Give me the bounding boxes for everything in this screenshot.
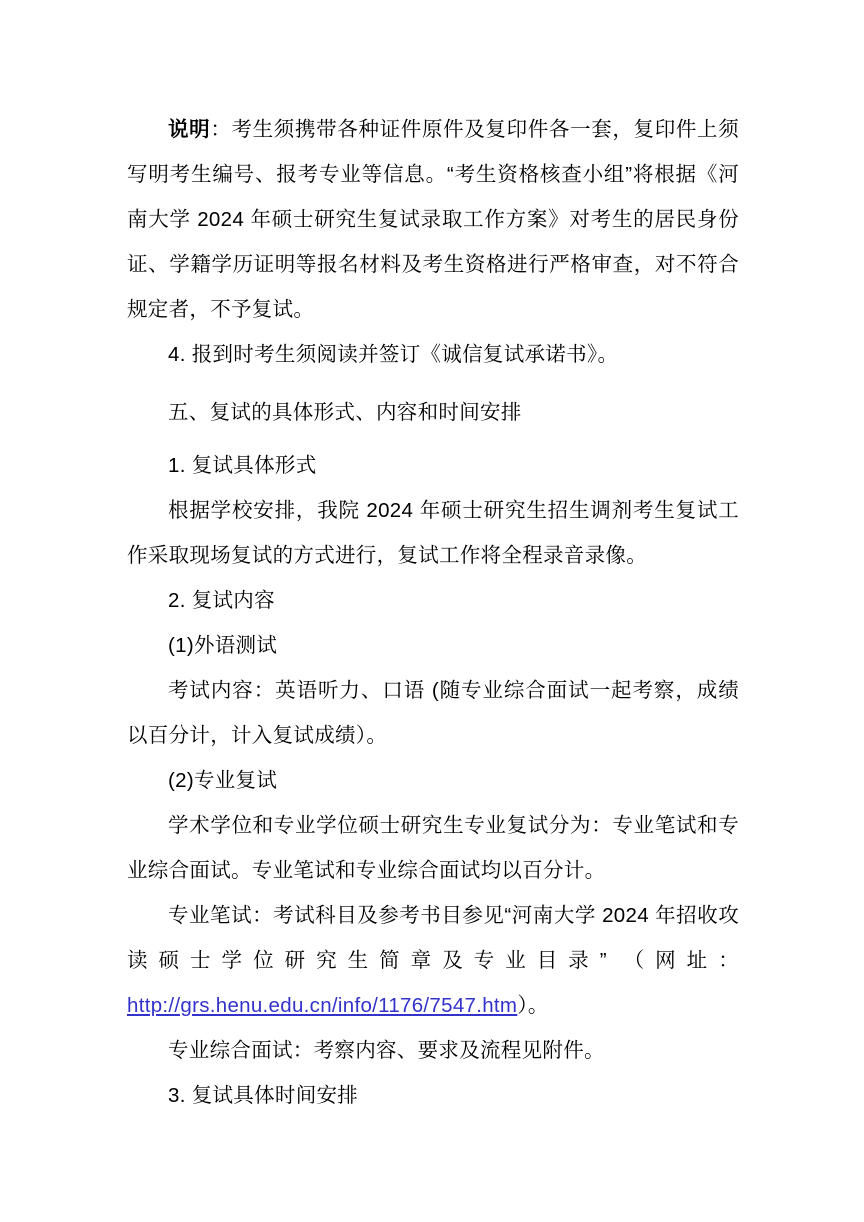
notes-text: ：考生须携带各种证件原件及复印件各一套，复印件上须写明考生编号、报考专业等信息。… <box>127 118 739 321</box>
paragraph-professional-retest: 学术学位和专业学位硕士研究生专业复试分为：专业笔试和专业综合面试。专业笔试和专业… <box>127 803 739 893</box>
paragraph-notes: 说明：考生须携带各种证件原件及复印件各一套，复印件上须写明考生编号、报考专业等信… <box>127 107 739 332</box>
paragraph-comprehensive-interview: 专业综合面试：考察内容、要求及流程见附件。 <box>127 1028 739 1073</box>
written-test-text: 专业笔试：考试科目及参考书目参见“河南大学 2024 年招收攻读硕士学位研究生简… <box>127 904 739 972</box>
paragraph-written-test: 专业笔试：考试科目及参考书目参见“河南大学 2024 年招收攻读硕士学位研究生简… <box>127 893 739 1028</box>
document-content: 说明：考生须携带各种证件原件及复印件各一套，复印件上须写明考生编号、报考专业等信… <box>127 107 739 1118</box>
subsection3-heading: 3. 复试具体时间安排 <box>127 1073 739 1118</box>
section5-heading: 五、复试的具体形式、内容和时间安排 <box>127 390 739 435</box>
catalog-hyperlink[interactable]: http://grs.henu.edu.cn/info/1176/7547.ht… <box>127 994 517 1017</box>
paragraph-retest-format: 根据学校安排，我院 2024 年硕士研究生招生调剂考生复试工作采取现场复试的方式… <box>127 488 739 578</box>
paragraph-foreign-test-content: 考试内容：英语听力、口语 (随专业综合面试一起考察，成绩以百分计，计入复试成绩）… <box>127 668 739 758</box>
professional-retest-heading: (2)专业复试 <box>127 758 739 803</box>
document-page: 说明：考生须携带各种证件原件及复印件各一套，复印件上须写明考生编号、报考专业等信… <box>0 0 864 1222</box>
paragraph-item4-signing: 4. 报到时考生须阅读并签订《诚信复试承诺书》。 <box>127 332 739 377</box>
written-test-text-end: ）。 <box>517 994 548 1017</box>
notes-label: 说明 <box>168 118 210 141</box>
subsection1-heading: 1. 复试具体形式 <box>127 443 739 488</box>
subsection2-heading: 2. 复试内容 <box>127 578 739 623</box>
foreign-language-test-heading: (1)外语测试 <box>127 623 739 668</box>
